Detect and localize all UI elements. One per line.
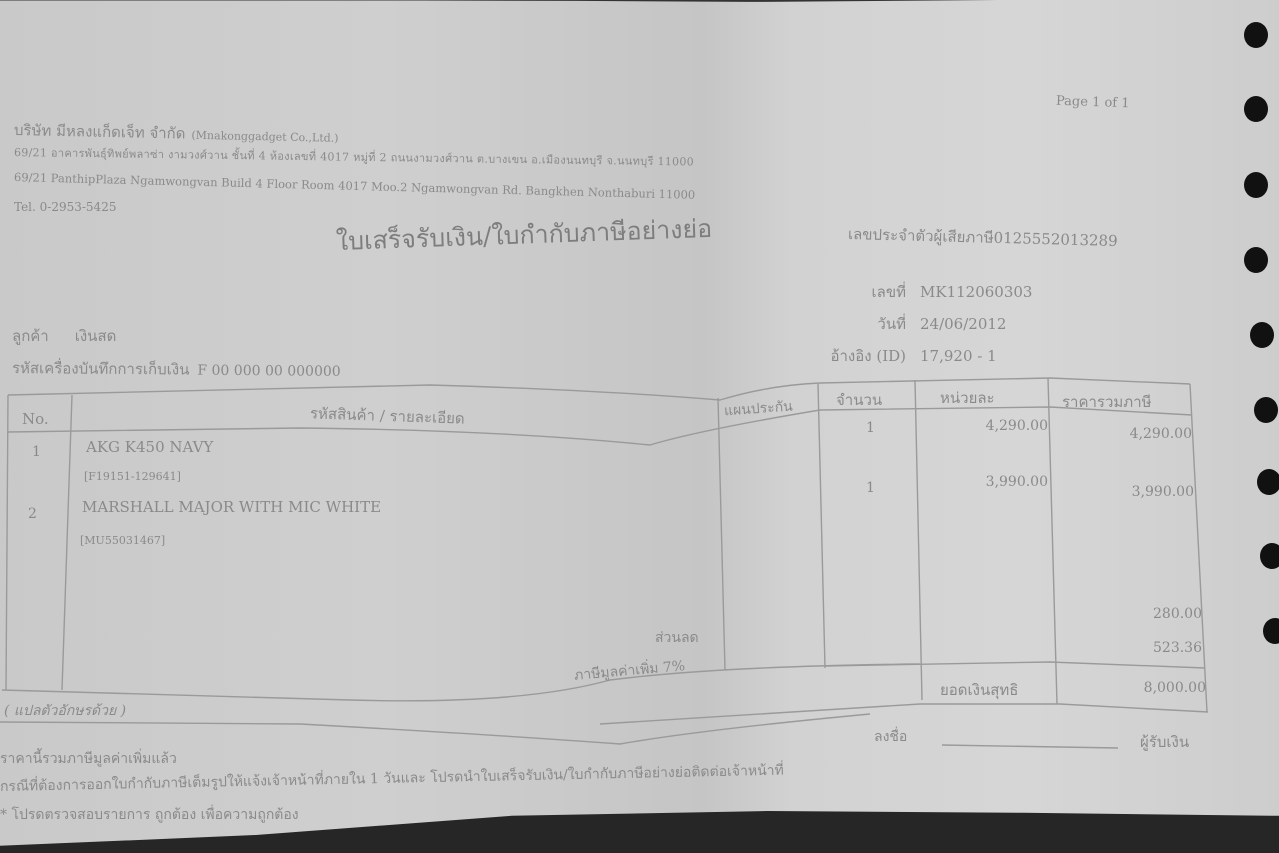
item-description: AKG K450 NAVY xyxy=(86,438,213,456)
vat-value: 523.36 xyxy=(1110,640,1202,656)
footer-note: * โปรดตรวจสอบรายการ ถูกต้อง เพื่อความถูก… xyxy=(0,804,299,826)
item-qty: 1 xyxy=(866,420,875,436)
item-unit-price: 3,990.00 xyxy=(960,474,1048,490)
items-table-grid xyxy=(0,0,1279,853)
item-code: [MU55031467] xyxy=(80,534,165,547)
item-code: [F19151-129641] xyxy=(84,470,181,483)
net-total-label: ยอดเงินสุทธิ xyxy=(940,678,1018,702)
column-header-no: No. xyxy=(22,410,49,428)
column-header-qty: จำนวน xyxy=(836,388,882,412)
item-total: 3,990.00 xyxy=(1102,484,1194,500)
footer-note: ราคานี้รวมภาษีมูลค่าเพิ่มแล้ว xyxy=(0,748,177,770)
row-number: 1 xyxy=(32,444,41,460)
amount-in-words-label: ( แปลตัวอักษรด้วย ) xyxy=(4,700,126,722)
item-total: 4,290.00 xyxy=(1100,426,1192,442)
column-header-total: ราคารวมภาษี xyxy=(1062,390,1152,414)
row-number: 2 xyxy=(28,506,37,522)
net-total-value: 8,000.00 xyxy=(1112,680,1206,696)
signature-label: ลงชื่อ xyxy=(874,726,907,748)
item-unit-price: 4,290.00 xyxy=(960,418,1048,434)
discount-value: 280.00 xyxy=(1110,606,1202,622)
item-qty: 1 xyxy=(866,480,875,496)
signature-role: ผู้รับเงิน xyxy=(1140,730,1189,754)
item-description: MARSHALL MAJOR WITH MIC WHITE xyxy=(82,498,381,516)
discount-label: ส่วนลด xyxy=(655,627,699,649)
column-header-unit-price: หน่วยละ xyxy=(940,386,995,410)
